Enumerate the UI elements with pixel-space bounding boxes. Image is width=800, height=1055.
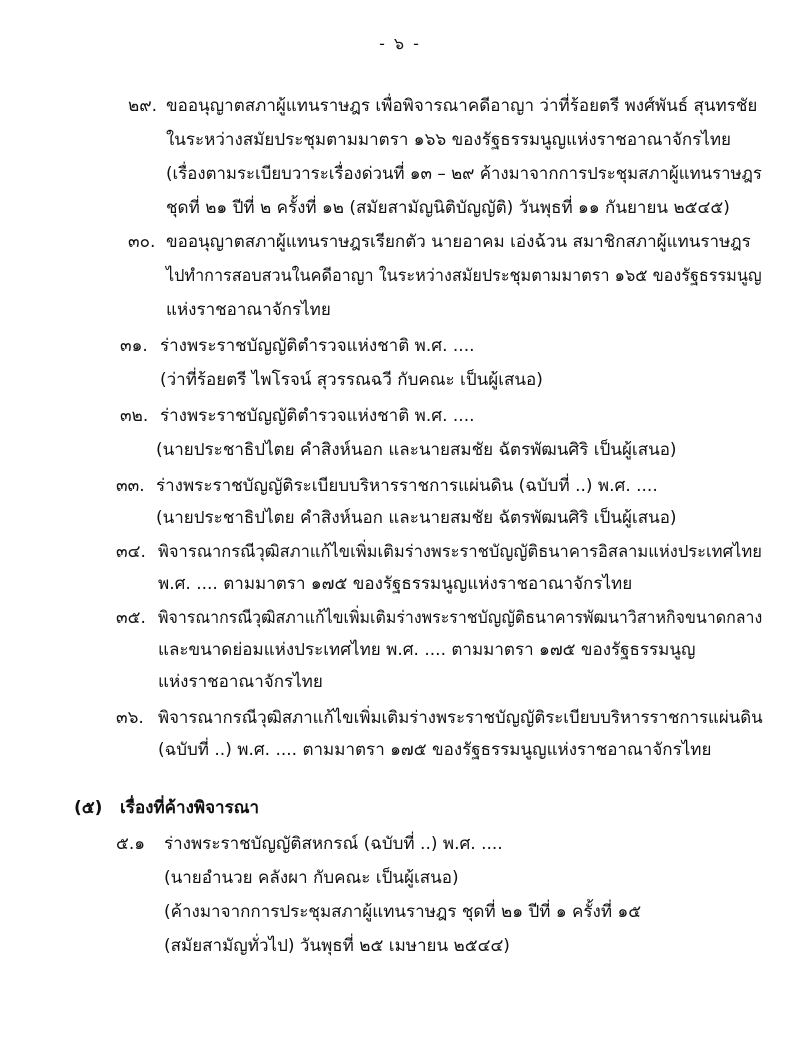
item-text-line: พิจารณากรณีวุฒิสภาแก้ไขเพิ่มเติมร่างพระร…: [158, 606, 762, 630]
item-text-line: (สมัยสามัญทั่วไป) วันพุธที่ ๒๕ เมษายน ๒๕…: [164, 934, 510, 958]
item-text-line: พิจารณากรณีวุฒิสภาแก้ไขเพิ่มเติมร่างพระร…: [158, 540, 762, 564]
item-number: ๓๐.: [128, 230, 155, 254]
item-text-line: ไปทำการสอบสวนในคดีอาญา ในระหว่างสมัยประช…: [166, 264, 762, 288]
subitem-number: ๕.๑: [116, 832, 145, 856]
item-text-line: (เรื่องตามระเบียบวาระเรื่องด่วนที่ ๑๓ – …: [166, 162, 762, 186]
item-text-line: ชุดที่ ๒๑ ปีที่ ๒ ครั้งที่ ๑๒ (สมัยสามัญ…: [166, 196, 730, 220]
item-text-line: (นายอำนวย คลังผา กับคณะ เป็นผู้เสนอ): [164, 866, 459, 890]
item-text-line: ร่างพระราชบัญญัติสหกรณ์ (ฉบับที่ ..) พ.ศ…: [164, 832, 503, 856]
item-text-line: และขนาดย่อมแห่งประเทศไทย พ.ศ. .... ตามมา…: [158, 638, 695, 662]
item-text-line: พ.ศ. .... ตามมาตรา ๑๗๕ ของรัฐธรรมนูญแห่ง…: [158, 572, 632, 596]
item-number: ๒๙.: [128, 94, 157, 118]
item-text-line: (นายประชาธิปไตย คำสิงห์นอก และนายสมชัย ฉ…: [156, 438, 677, 462]
item-text-line: ขออนุญาตสภาผู้แทนราษฎร เพื่อพิจารณาคดีอา…: [166, 94, 757, 118]
item-text-line: ร่างพระราชบัญญัติตำรวจแห่งชาติ พ.ศ. ....: [160, 404, 475, 428]
item-text-line: ร่างพระราชบัญญัติระเบียบบริหารราชการแผ่น…: [156, 474, 658, 498]
item-text-line: (ฉบับที่ ..) พ.ศ. .... ตามมาตรา ๑๗๕ ของร…: [158, 738, 711, 762]
item-number: ๓๖.: [116, 706, 144, 730]
item-text-line: (ค้างมาจากการประชุมสภาผู้แทนราษฎร ชุดที่…: [164, 900, 641, 924]
item-text-line: (นายประชาธิปไตย คำสิงห์นอก และนายสมชัย ฉ…: [156, 506, 677, 530]
item-text-line: ขออนุญาตสภาผู้แทนราษฎรเรียกตัว นายอาคม เ…: [166, 230, 751, 254]
item-number: ๓๓.: [116, 474, 145, 498]
item-text-line: (ว่าที่ร้อยตรี ไพโรจน์ สุวรรณฉวี กับคณะ …: [160, 368, 543, 392]
item-text-line: ในระหว่างสมัยประชุมตามมาตรา ๑๖๖ ของรัฐธร…: [166, 128, 731, 152]
item-text-line: ร่างพระราชบัญญัติตำรวจแห่งชาติ พ.ศ. ....: [160, 334, 475, 358]
item-number: ๓๒.: [120, 404, 148, 428]
section-title: เรื่องที่ค้างพิจารณา: [120, 796, 259, 820]
page-number: - ๖ -: [0, 32, 800, 57]
item-text-line: พิจารณากรณีวุฒิสภาแก้ไขเพิ่มเติมร่างพระร…: [158, 706, 763, 730]
item-text-line: แห่งราชอาณาจักรไทย: [166, 298, 331, 322]
item-number: ๓๔.: [116, 540, 146, 564]
item-number: ๓๑.: [120, 334, 148, 358]
item-text-line: แห่งราชอาณาจักรไทย: [158, 670, 323, 694]
section-number: (๕): [74, 796, 102, 820]
item-number: ๓๕.: [116, 606, 146, 630]
